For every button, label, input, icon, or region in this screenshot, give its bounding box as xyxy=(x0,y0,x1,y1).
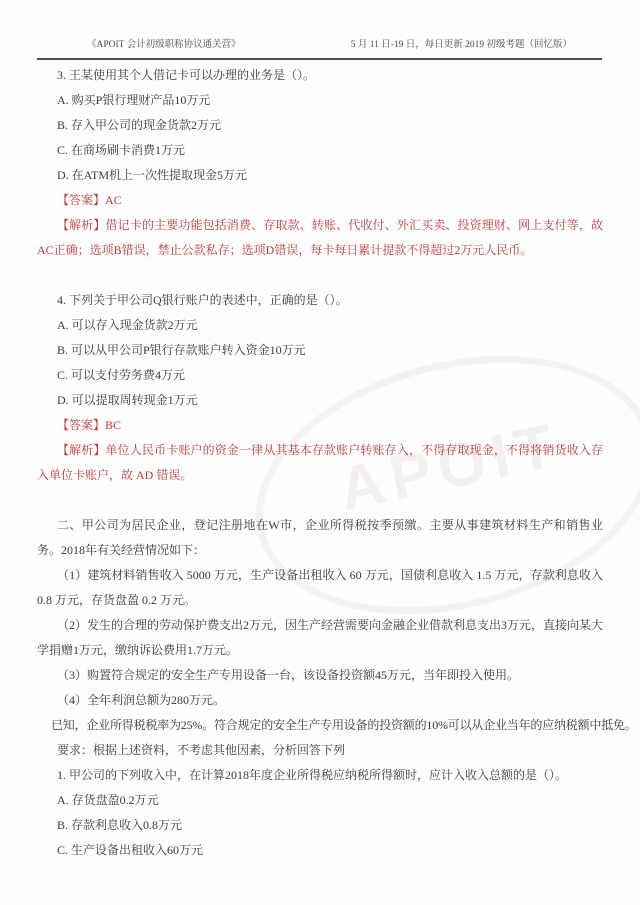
header-course-title: 《APOIT 会计初级职称协议通关营》 xyxy=(37,36,241,50)
question-3-option-c: C. 在商场刷卡消费1万元 xyxy=(37,138,603,163)
case-known: 已知，企业所得税税率为25%。符合规定的安全生产专用设备的投资额的10%可以从企… xyxy=(37,713,603,738)
question-3-option-d: D. 在ATM机上一次性提取现金5万元 xyxy=(37,163,603,188)
question-4-text: 4. 下列关于甲公司Q银行账户的表述中，正确的是（）。 xyxy=(37,288,603,313)
sub-question-1-option-b: B. 存款利息收入0.8万元 xyxy=(37,813,603,838)
page-header: 《APOIT 会计初级职称协议通关营》 5 月 11 日-19 日，每日更新 2… xyxy=(37,36,602,50)
sub-question-1-text: 1. 甲公司的下列收入中，在计算2018年度企业所得税应纳税所得额时，应计入收入… xyxy=(37,763,603,788)
question-3-option-a: A. 购买P银行理财产品10万元 xyxy=(37,88,603,113)
exam-document-page: 《APOIT 会计初级职称协议通关营》 5 月 11 日-19 日，每日更新 2… xyxy=(0,0,640,905)
case-intro: 二、甲公司为居民企业，登记注册地在W市，企业所得税按季预缴。主要从事建筑材料生产… xyxy=(37,513,603,563)
question-3-answer: 【答案】AC xyxy=(37,188,603,213)
case-item-3: （3）购置符合规定的安全生产专用设备一台，该设备投资额45万元，当年即投入使用。 xyxy=(37,663,603,688)
question-4-option-b: B. 可以从甲公司P银行存款账户转入资金10万元 xyxy=(37,338,603,363)
case-item-1: （1）建筑材料销售收入 5000 万元，生产设备出租收入 60 万元，国债利息收… xyxy=(37,563,603,613)
sub-question-1-option-a: A. 存货盘盈0.2万元 xyxy=(37,788,603,813)
sub-question-1-option-c: C. 生产设备出租收入60万元 xyxy=(37,838,603,863)
header-divider xyxy=(37,58,602,60)
question-3-analysis: 【解析】借记卡的主要功能包括消费、存取款、转账、代收付、外汇买卖、投资理财、网上… xyxy=(37,213,603,263)
question-4-analysis: 【解析】单位人民币卡账户的资金一律从其基本存款账户转账存入，不得存取现金，不得将… xyxy=(37,438,603,488)
question-3-option-b: B. 存入甲公司的现金货款2万元 xyxy=(37,113,603,138)
case-item-4: （4）全年利润总额为280万元。 xyxy=(37,688,603,713)
question-4-option-c: C. 可以支付劳务费4万元 xyxy=(37,363,603,388)
case-requirement: 要求：根据上述资料，不考虑其他因素，分析回答下列 xyxy=(37,738,603,763)
question-4-option-d: D. 可以提取周转现金1万元 xyxy=(37,388,603,413)
question-3-text: 3. 王某使用其个人借记卡可以办理的业务是（）。 xyxy=(37,63,603,88)
question-4-answer: 【答案】BC xyxy=(37,413,603,438)
question-4-option-a: A. 可以存入现金货款2万元 xyxy=(37,313,603,338)
case-item-2: （2）发生的合理的劳动保护费支出2万元，因生产经营需要向金融企业借款利息支出3万… xyxy=(37,613,603,663)
header-update-info: 5 月 11 日-19 日，每日更新 2019 初级考题（回忆版） xyxy=(351,36,602,50)
document-body: 3. 王某使用其个人借记卡可以办理的业务是（）。 A. 购买P银行理财产品10万… xyxy=(37,63,603,863)
